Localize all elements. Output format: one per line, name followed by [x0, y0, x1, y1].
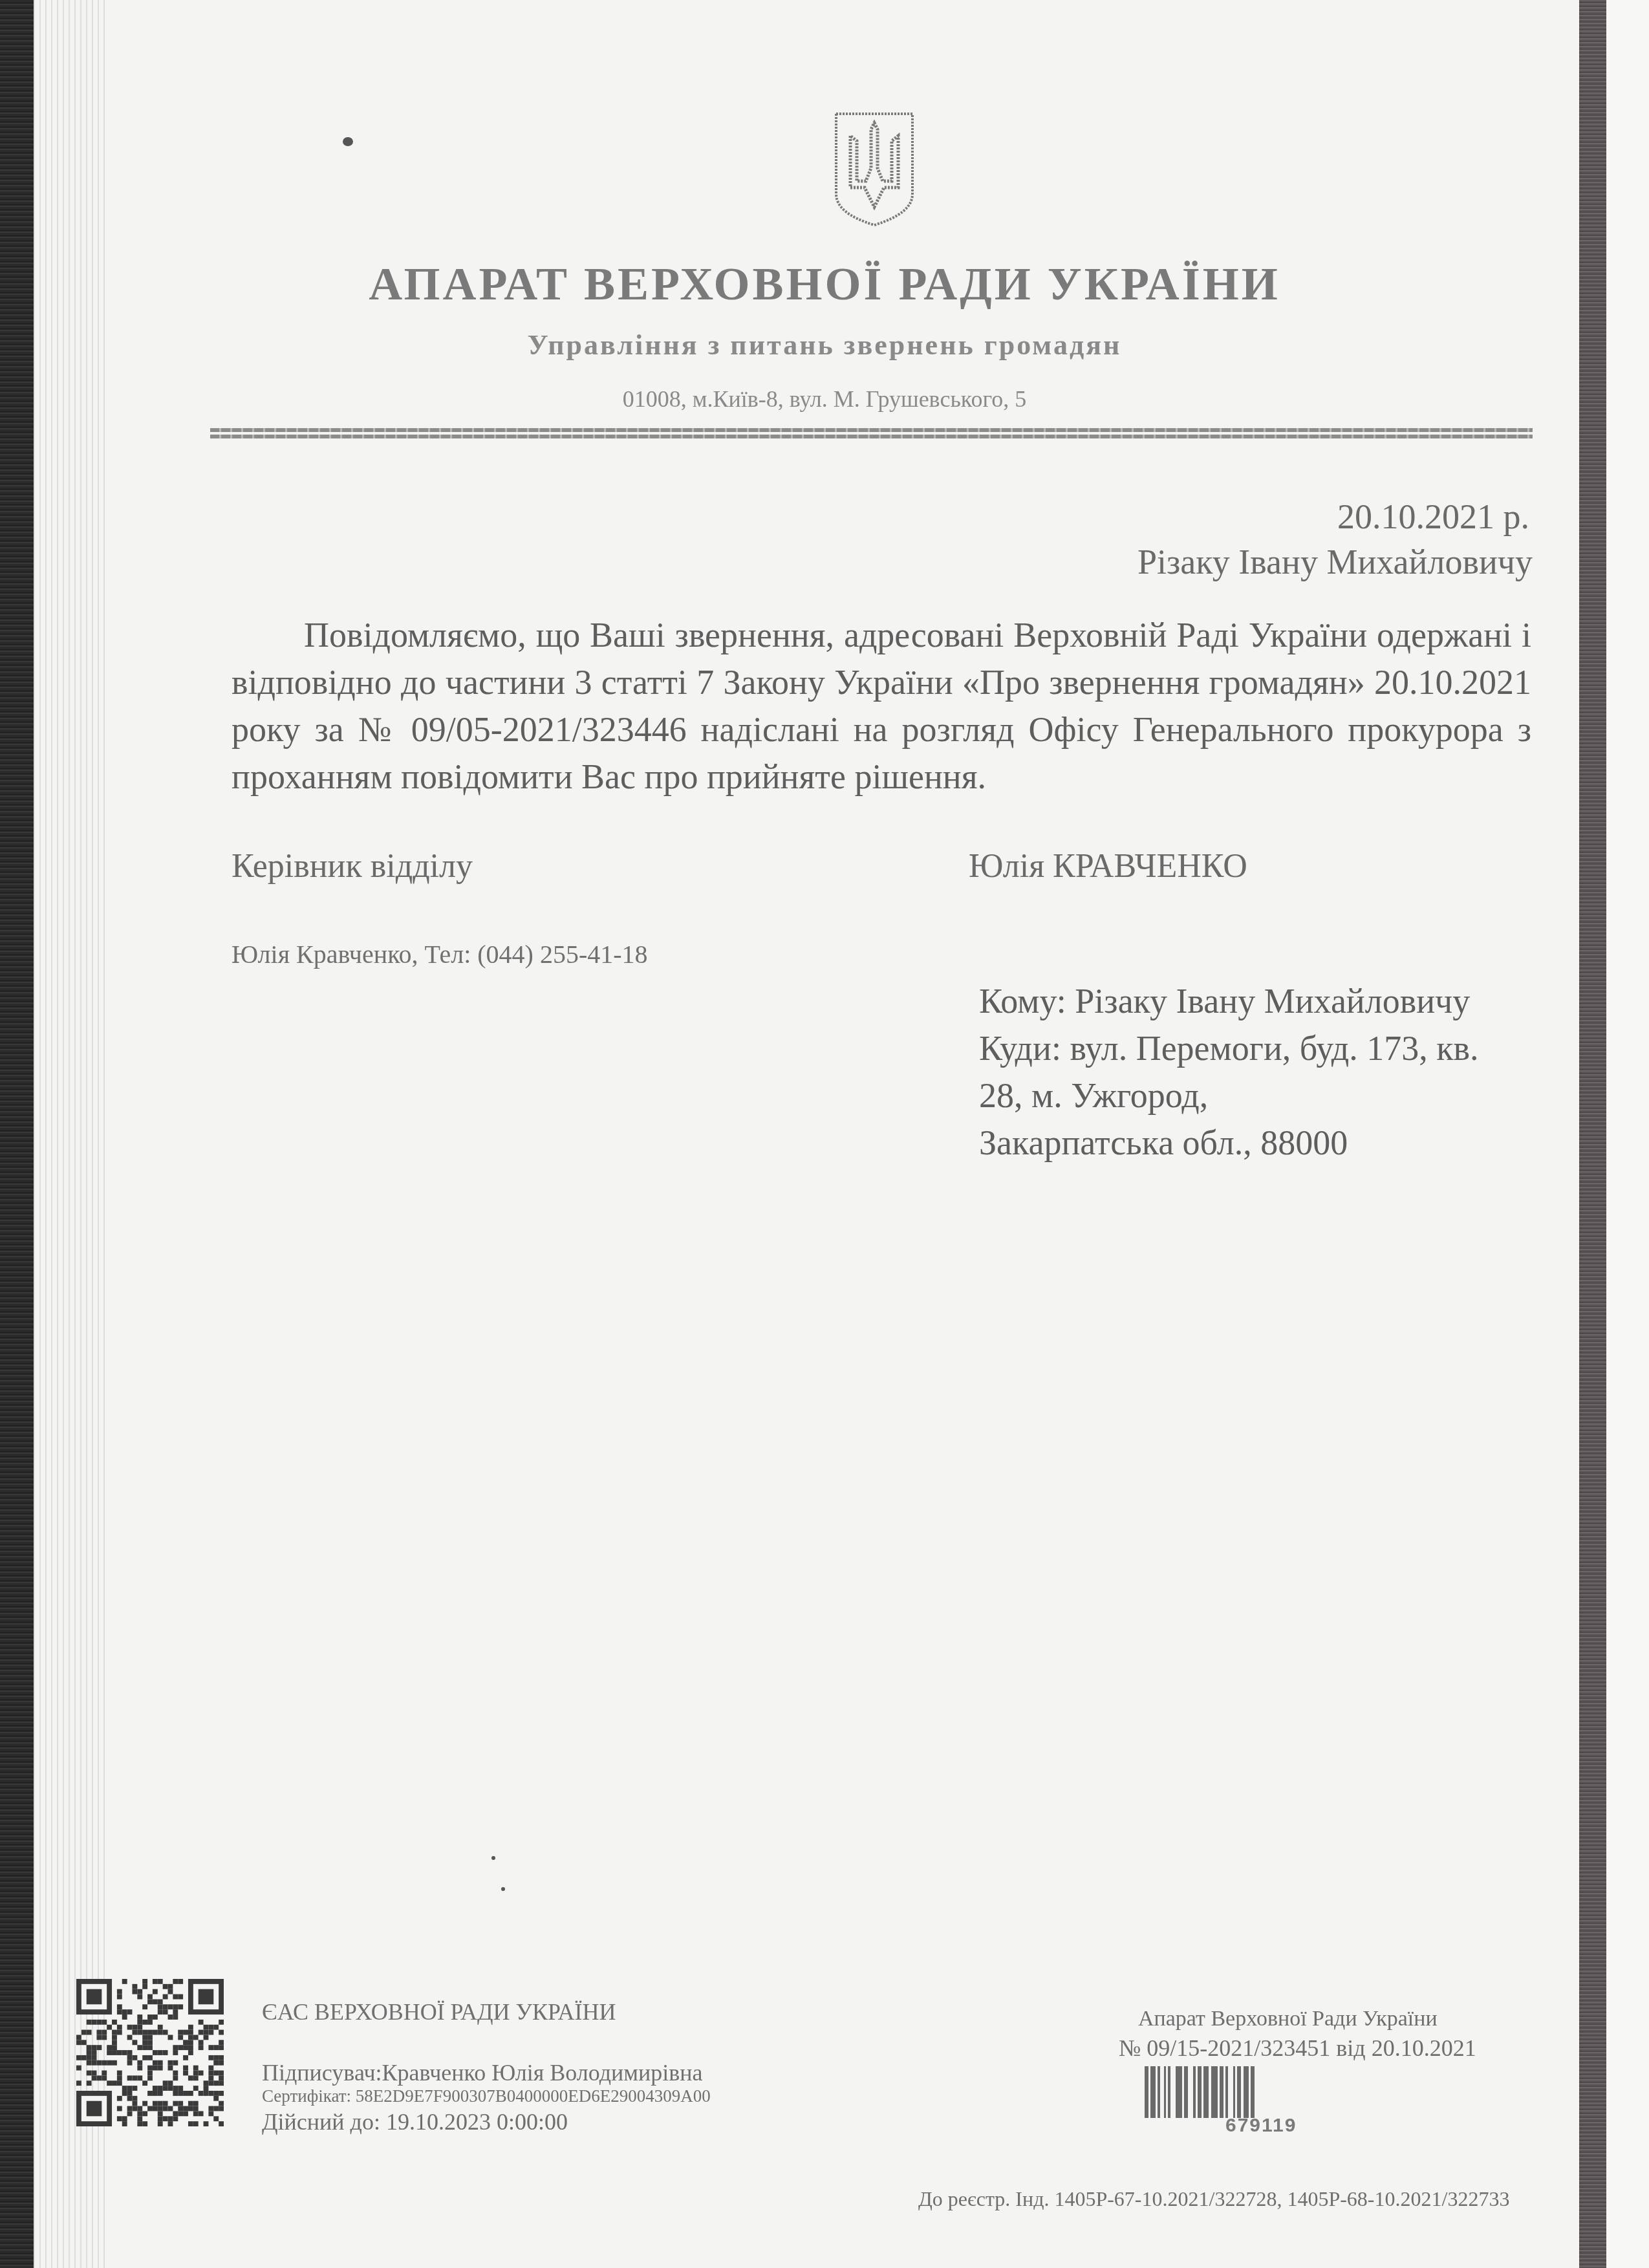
- signatory-name: Юлія КРАВЧЕНКО: [969, 847, 1247, 885]
- recipient-block: Кому: Різаку Івану Михайловичу Куди: вул…: [979, 978, 1479, 1167]
- recipient-line: Куди: вул. Перемоги, буд. 173, кв.: [979, 1025, 1479, 1072]
- registry-reference: До реєстр. Інд. 1405Р-67-10.2021/322728,…: [918, 2187, 1509, 2211]
- eds-system-title: ЄАС ВЕРХОВНОЇ РАДИ УКРАЇНИ: [262, 1998, 616, 2025]
- letter-body-text: Повідомляємо, що Ваші звернення, адресов…: [232, 616, 1531, 796]
- executor-contact: Юлія Кравченко, Тел: (044) 255-41-18: [232, 939, 648, 969]
- organization-title: АПАРАТ ВЕРХОВНОЇ РАДИ УКРАЇНИ: [0, 257, 1649, 311]
- scan-speck: [343, 137, 353, 146]
- organization-address: 01008, м.Київ-8, вул. М. Грушевського, 5: [0, 385, 1649, 413]
- barcode-number: 679119: [1225, 2115, 1297, 2137]
- eds-signer: Підписувач:Кравченко Юлія Володимирівна: [262, 2059, 703, 2086]
- qr-code-icon: [76, 1979, 224, 2126]
- recipient-line: Закарпатська обл., 88000: [979, 1119, 1479, 1167]
- letter-body: Повідомляємо, що Ваші звернення, адресов…: [232, 612, 1531, 801]
- recipient-line: 28, м. Ужгород,: [979, 1072, 1479, 1119]
- letter-date: 20.10.2021 р.: [1337, 497, 1529, 537]
- letter-addressee: Різаку Івану Михайловичу: [1137, 542, 1533, 582]
- registration-number: № 09/15-2021/323451 від 20.10.2021: [1119, 2035, 1476, 2062]
- signatory-position: Керівник відділу: [232, 847, 473, 885]
- eds-certificate: Сертифікат: 58E2D9E7F900307B0400000ED6E2…: [262, 2086, 711, 2106]
- scan-speck: [501, 1887, 505, 1891]
- trident-coat-of-arms-icon: [832, 110, 916, 228]
- recipient-line: Кому: Різаку Івану Михайловичу: [979, 978, 1479, 1025]
- barcode-icon: [1145, 2066, 1390, 2118]
- department-title: Управління з питань звернень громадян: [0, 329, 1649, 362]
- eds-valid-until: Дійсний до: 19.10.2023 0:00:00: [262, 2108, 568, 2135]
- header-divider: [210, 428, 1533, 432]
- scan-speck: [491, 1856, 495, 1860]
- registration-organization: Апарат Верховної Ради України: [1138, 2007, 1438, 2031]
- header-divider: [210, 435, 1533, 438]
